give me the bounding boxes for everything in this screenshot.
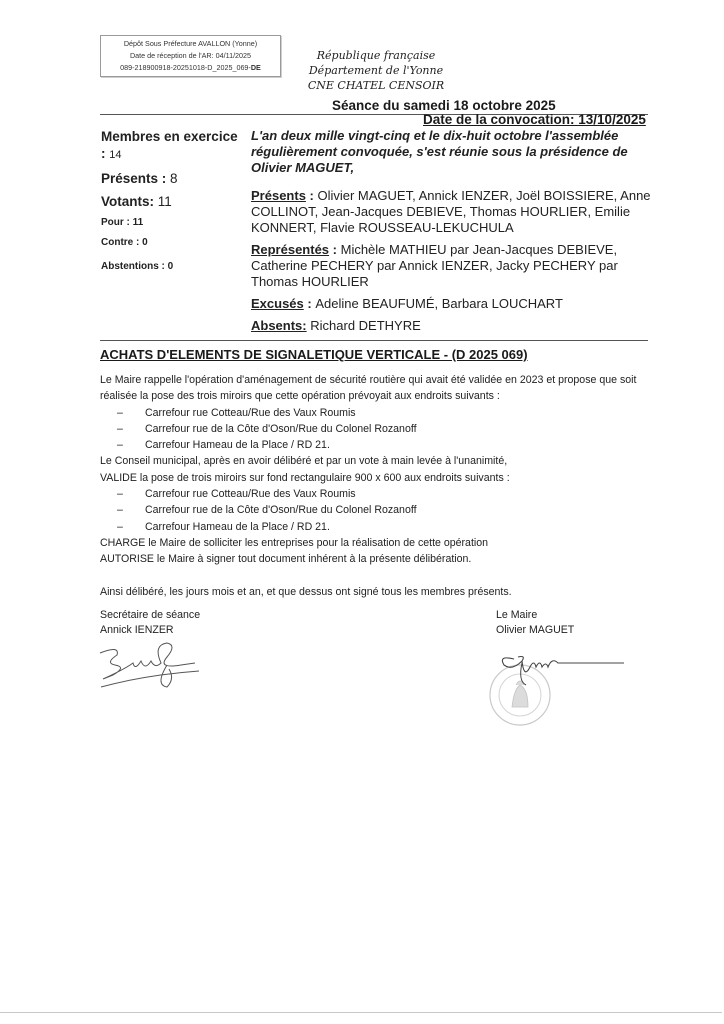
- convocation-date: Date de la convocation: 13/10/2025: [423, 112, 646, 127]
- closing-statement: Ainsi délibéré, les jours mois et an, et…: [100, 584, 660, 600]
- attendance: Présents : Olivier MAGUET, Annick IENZER…: [251, 188, 651, 340]
- abstentions: Abstentions : 0: [101, 260, 241, 274]
- attendance-present: Présents : Olivier MAGUET, Annick IENZER…: [251, 188, 651, 236]
- mayor-signature-block: Le Maire Olivier MAGUET: [496, 608, 574, 638]
- location-list-2: Carrefour rue Cotteau/Rue des Vaux Roumi…: [100, 486, 660, 535]
- present-count: Présents : 8: [101, 170, 241, 187]
- deliberation-body: Le Maire rappelle l'opération d'aménagem…: [100, 372, 660, 600]
- voters-count: Votants: 11: [101, 193, 241, 210]
- department-label: Département de l'Yonne: [296, 63, 456, 78]
- list-item: Carrefour rue de la Côte d'Oson/Rue du C…: [117, 421, 660, 437]
- location-list-1: Carrefour rue Cotteau/Rue des Vaux Roumi…: [100, 405, 660, 454]
- secretary-role: Secrétaire de séance: [100, 608, 200, 623]
- vote-stats: Membres en exercice : 14 Présents : 8 Vo…: [101, 128, 241, 274]
- deliberation-title: ACHATS D'ELEMENTS DE SIGNALETIQUE VERTIC…: [100, 347, 528, 362]
- attendance-absent: Absents: Richard DETHYRE: [251, 318, 651, 334]
- votes-against: Contre : 0: [101, 236, 241, 250]
- paragraph: CHARGE le Maire de solliciter les entrep…: [100, 535, 660, 551]
- document-page: Dépôt Sous Préfecture AVALLON (Yonne) Da…: [0, 0, 724, 1024]
- stamp-line-3: 089-218900918-20251018-D_2025_069-DE: [101, 62, 280, 74]
- divider: [100, 340, 648, 341]
- paragraph: AUTORISE le Maire à signer tout document…: [100, 551, 660, 567]
- session-intro: L'an deux mille vingt-cinq et le dix-hui…: [251, 128, 651, 176]
- commune-label: CNE CHATEL CENSOIR: [296, 78, 456, 93]
- paragraph: Le Conseil municipal, après en avoir dél…: [100, 453, 660, 469]
- secretary-signature-block: Secrétaire de séance Annick IENZER: [100, 608, 200, 638]
- list-item: Carrefour rue Cotteau/Rue des Vaux Roumi…: [117, 405, 660, 421]
- paragraph: VALIDE la pose de trois miroirs sur fond…: [100, 470, 660, 486]
- mayor-name: Olivier MAGUET: [496, 623, 574, 638]
- mayor-signature-and-seal-icon: [478, 645, 628, 730]
- prefecture-receipt-stamp: Dépôt Sous Préfecture AVALLON (Yonne) Da…: [100, 35, 281, 77]
- secretary-signature-icon: [95, 635, 205, 690]
- list-item: Carrefour Hameau de la Place / RD 21.: [117, 437, 660, 453]
- mayor-role: Le Maire: [496, 608, 574, 623]
- page-edge: [0, 1012, 722, 1013]
- session-date: Séance du samedi 18 octobre 2025: [332, 98, 556, 113]
- attendance-represented: Représentés : Michèle MATHIEU par Jean-J…: [251, 242, 651, 290]
- list-item: Carrefour rue de la Côte d'Oson/Rue du C…: [117, 502, 660, 518]
- paragraph: Le Maire rappelle l'opération d'aménagem…: [100, 372, 660, 405]
- list-item: Carrefour Hameau de la Place / RD 21.: [117, 519, 660, 535]
- stamp-line-2: Date de réception de l'AR: 04/11/2025: [101, 50, 280, 62]
- members-in-office: Membres en exercice : 14: [101, 128, 241, 164]
- list-item: Carrefour rue Cotteau/Rue des Vaux Roumi…: [117, 486, 660, 502]
- attendance-excused: Excusés : Adeline BEAUFUMÉ, Barbara LOUC…: [251, 296, 651, 312]
- votes-for: Pour : 11: [101, 216, 241, 230]
- document-header: République française Département de l'Yo…: [296, 48, 456, 93]
- stamp-line-1: Dépôt Sous Préfecture AVALLON (Yonne): [101, 38, 280, 50]
- republic-label: République française: [296, 48, 456, 63]
